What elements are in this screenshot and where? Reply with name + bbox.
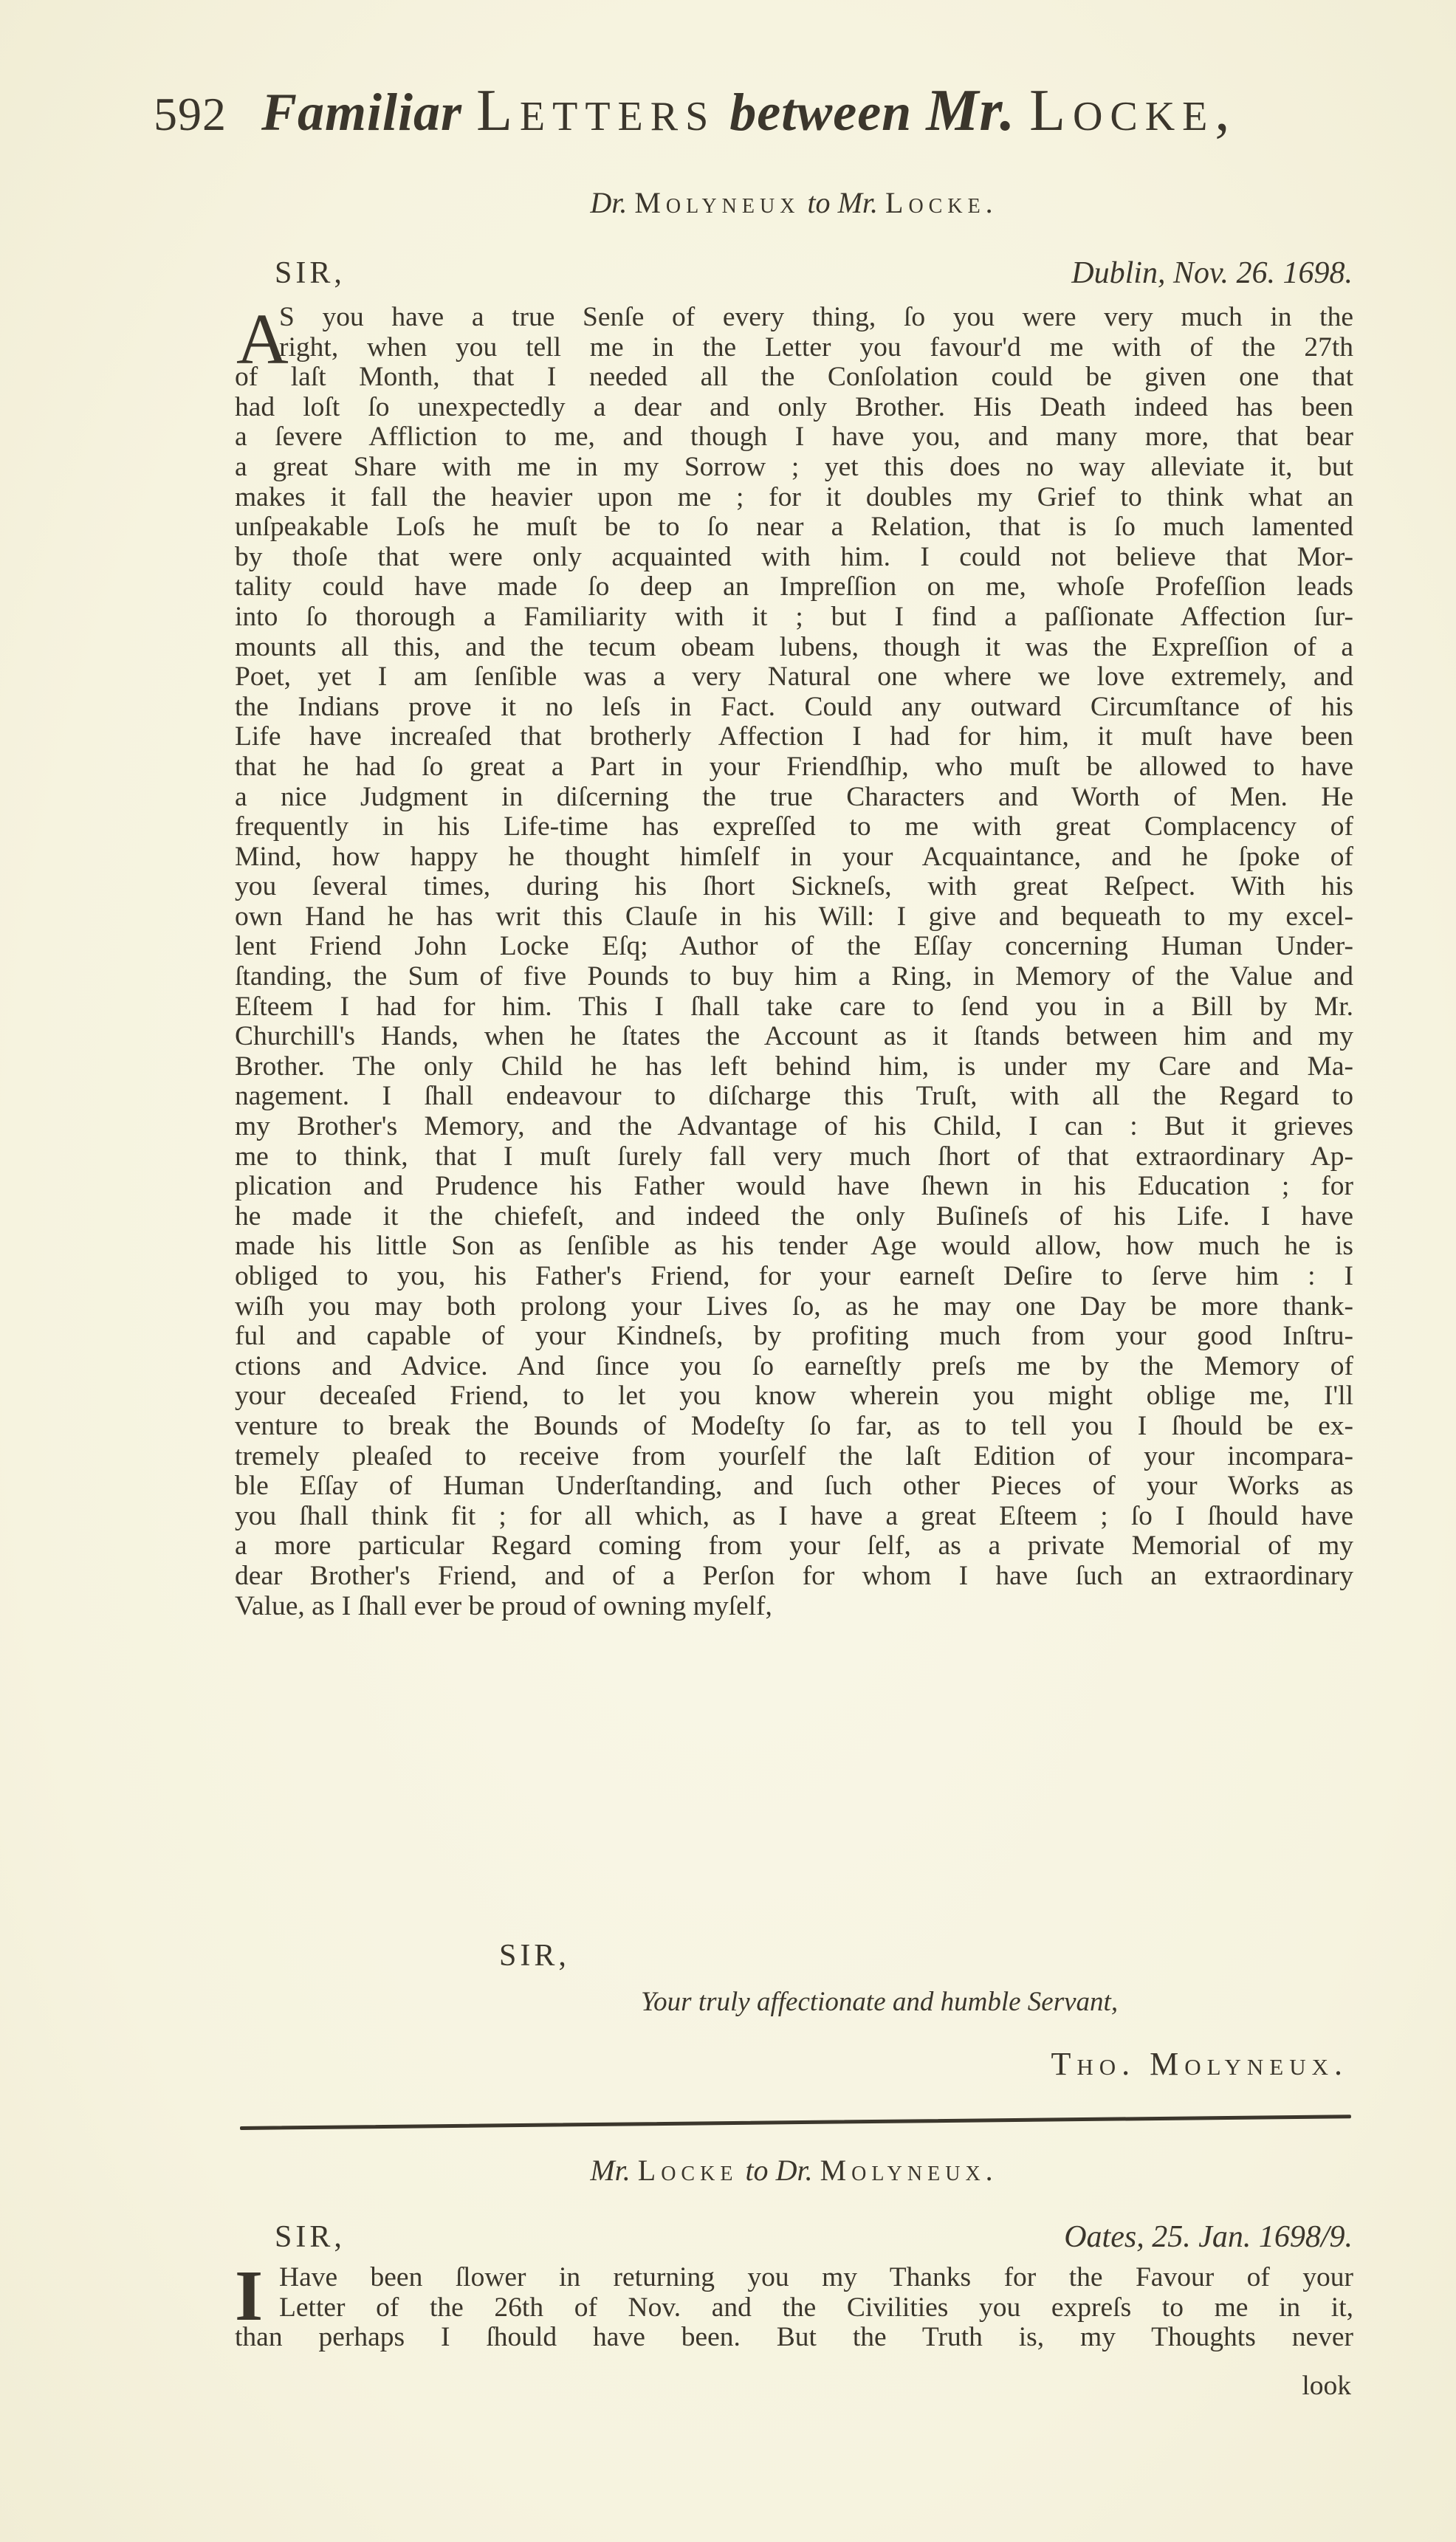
text-line: the Indians prove it no leſs in Fact. Co… [235,693,1353,723]
letter-1-dateline: Dublin, Nov. 26. 1698. [1071,255,1353,292]
running-head-familiar: Familiar [261,83,462,142]
text-line: your deceaſed Friend, to let you know wh… [235,1381,1353,1412]
page-number: 592 [154,88,227,140]
text-line: me to think, that I muſt ſurely fall ver… [235,1142,1353,1172]
text-line: Eſteem I had for him. This I ſhall take … [235,992,1353,1023]
text-line: of laſt Month, that I needed all the Con… [235,363,1353,393]
letter-2-heading: Mr. Locke to Dr. Molyneux. [235,2152,1353,2189]
heading-to-word: to [807,186,830,219]
text-line: own Hand he has writ this Clauſe in his … [235,902,1353,932]
letter-1-closing-salutation: SIR, [499,1938,570,1974]
text-line: tality could have made ſo deep an Impreſ… [235,572,1353,602]
letter-1-salutation: SIR, [275,255,346,292]
text-line: a nice Judgment in diſcerning the true C… [235,783,1353,813]
letter-1-body: S you have a true Senſe of every thing, … [235,303,1353,1621]
letter-2-body: Have been ſlower in returning you my Tha… [235,2263,1353,2353]
text-line: made his little Son as ſenſible as his t… [235,1232,1353,1262]
heading-from-name: Molyneux [634,186,800,219]
text-line: tremely pleaſed to receive from yourſelf… [235,1442,1353,1472]
text-line: you ſeveral times, during his ſhort Sick… [235,872,1353,902]
text-line: S you have a true Senſe of every thing, … [235,303,1353,333]
running-head-letters: Letters [476,78,715,143]
letter-2-dateline: Oates, 25. Jan. 1698/9. [1064,2219,1353,2256]
letter-1-heading: Dr. Molyneux to Mr. Locke. [235,185,1353,221]
heading-to-name: Locke. [885,186,998,219]
text-line: wiſh you may both prolong your Lives ſo,… [235,1292,1353,1322]
text-line: by thoſe that were only acquainted with … [235,543,1353,573]
text-line: Have been ſlower in returning you my Tha… [235,2263,1353,2293]
text-line: Life have increaſed that brotherly Affec… [235,722,1353,752]
text-line: right, when you tell me in the Letter yo… [235,333,1353,363]
heading-to-title: Mr. [838,186,878,219]
text-line: Value, as I ſhall ever be proud of ownin… [235,1592,1353,1622]
running-head-between: between [729,83,912,142]
text-line: Churchill's Hands, when he ſtates the Ac… [235,1022,1353,1052]
text-line: a more particular Regard coming from you… [235,1531,1353,1562]
text-line: ble Eſſay of Human Underſtanding, and ſu… [235,1471,1353,1502]
section-divider-rule [240,2115,1351,2130]
text-line: had loſt ſo unexpectedly a dear and only… [235,393,1353,423]
heading-to-title: Dr. [776,2154,813,2187]
text-line: lent Friend John Locke Eſq; Author of th… [235,932,1353,962]
letter-1-signature: Tho. Molyneux. [1051,2045,1348,2083]
text-line: you ſhall think fit ; for all which, as … [235,1502,1353,1532]
text-line: Poet, yet I am ſenſible was a very Natur… [235,662,1353,693]
text-line: mounts all this, and the tecum obeam lub… [235,633,1353,663]
heading-to-word: to [745,2154,768,2187]
text-line: nagement. I ſhall endeavour to diſcharge… [235,1082,1353,1112]
text-line: makes it fall the heavier upon me ; for … [235,483,1353,513]
heading-to-name: Molyneux. [820,2154,998,2187]
running-head-mr: Mr. [926,78,1015,143]
text-line: Letter of the 26th of Nov. and the Civil… [235,2293,1353,2323]
text-line: venture to break the Bounds of Modeſty ſ… [235,1412,1353,1442]
text-line: a great Share with me in my Sorrow ; yet… [235,453,1353,483]
text-line: than perhaps I ſhould have been. But the… [235,2323,1353,2353]
text-line: he made it the chiefeſt, and indeed the … [235,1202,1353,1232]
text-line: my Brother's Memory, and the Advantage o… [235,1112,1353,1142]
text-line: ſtanding, the Sum of five Pounds to buy … [235,962,1353,992]
letter-1-closing: Your truly affectionate and humble Serva… [641,1986,1118,2018]
letter-2-salutation: SIR, [275,2219,346,2256]
text-line: ctions and Advice. And ſince you ſo earn… [235,1352,1353,1382]
text-line: that he had ſo great a Part in your Frie… [235,752,1353,783]
text-line: frequently in his Life-time has expreſſe… [235,812,1353,842]
heading-from-name: Locke [638,2154,738,2187]
text-line: plication and Prudence his Father would … [235,1172,1353,1202]
text-line: unſpeakable Loſs he muſt be to ſo near a… [235,512,1353,543]
text-line: obliged to you, his Father's Friend, for… [235,1262,1353,1292]
book-page: 592 Familiar Letters between Mr. Locke, … [0,0,1456,2542]
heading-from-title: Mr. [590,2154,630,2187]
text-line: a ſevere Affliction to me, and though I … [235,422,1353,453]
running-head: 592 Familiar Letters between Mr. Locke, [154,74,1364,151]
text-line: Mind, how happy he thought himſelf in yo… [235,842,1353,873]
catchword: look [1302,2370,1351,2402]
text-line: ful and capable of your Kindneſs, by pro… [235,1322,1353,1352]
running-head-locke: Locke, [1029,78,1237,143]
text-line: dear Brother's Friend, and of a Perſon f… [235,1562,1353,1592]
text-line: into ſo thorough a Familiarity with it ;… [235,602,1353,633]
text-line: Brother. The only Child he has left behi… [235,1052,1353,1082]
heading-from-title: Dr. [590,186,627,219]
